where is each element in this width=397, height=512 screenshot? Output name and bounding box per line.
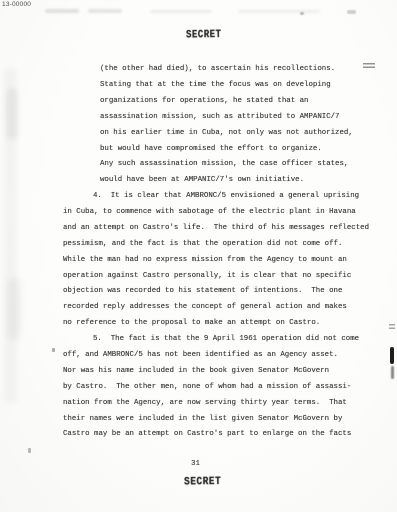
scan-speck	[52, 348, 55, 352]
paragraph-5: 5. The fact is that the 9 April 1961 ope…	[63, 332, 359, 443]
text-line: pessimism, and the fact is that the oper…	[63, 237, 369, 253]
text-line: (the other had died), to ascertain his r…	[100, 62, 353, 78]
text-line: operation against Castro personally, it …	[63, 269, 369, 285]
scan-speck	[300, 12, 304, 15]
pencil-smudge	[150, 10, 212, 13]
scan-edge-shadow	[7, 278, 21, 340]
text-line: 4. It is clear that AMBRONC/5 envisioned…	[63, 189, 369, 205]
text-line: on his earlier time in Cuba, not only wa…	[100, 126, 353, 142]
scan-speck	[28, 448, 31, 453]
text-line: While the man had no express mission fro…	[63, 253, 369, 269]
scan-mark	[389, 324, 395, 330]
text-line: assassination mission, such as attribute…	[100, 110, 353, 126]
pencil-smudge	[238, 10, 320, 13]
quoted-passage: (the other had died), to ascertain his r…	[100, 62, 353, 189]
text-line: by Castro. The other men, none of whom h…	[63, 380, 359, 396]
secret-stamp-bottom: SECRET	[184, 475, 221, 489]
scan-mark	[363, 63, 375, 70]
pencil-smudge	[347, 10, 356, 14]
text-line: 5. The fact is that the 9 April 1961 ope…	[63, 332, 359, 348]
text-line: recorded reply addresses the concept of …	[63, 300, 369, 316]
text-line: but would have compromised the effort to…	[100, 142, 353, 158]
paragraph-4: 4. It is clear that AMBRONC/5 envisioned…	[63, 189, 369, 332]
scan-edge-shadow	[6, 88, 18, 140]
text-line: their names were included in the list gi…	[63, 412, 359, 428]
scan-mark	[391, 366, 394, 379]
secret-stamp-top: SECRET	[186, 29, 222, 41]
page-number: 31	[191, 460, 200, 468]
text-line: no reference to the proposal to make an …	[63, 316, 369, 332]
text-line: in Cuba, to commence with sabotage of th…	[63, 205, 369, 221]
text-line: objection was recorded to his statement …	[63, 284, 369, 300]
text-line: nation from the Agency, are now serving …	[63, 396, 359, 412]
text-line: Any such assassination mission, the case…	[100, 157, 353, 173]
scan-mark	[390, 347, 394, 364]
text-line: would have been at AMPANIC/7's own initi…	[100, 173, 353, 189]
scan-edge-shadow	[4, 68, 17, 403]
text-line: Castro may be an attempt on Castro's par…	[63, 427, 359, 443]
pencil-smudge	[45, 9, 79, 13]
text-line: organizations for operations, he stated …	[100, 94, 353, 110]
pencil-smudge	[88, 9, 122, 13]
text-line: Nor was his name included in the book gi…	[63, 364, 359, 380]
text-line: and an attempt on Castro's life. The thi…	[63, 221, 369, 237]
document-id-number: 13-00000	[2, 1, 31, 8]
text-line: Stating that at the time the focus was o…	[100, 78, 353, 94]
text-line: off, and AMBRONC/5 has not been identifi…	[63, 348, 359, 364]
scanned-document-page: 13-00000 SECRET (the other had died), to…	[0, 0, 397, 512]
